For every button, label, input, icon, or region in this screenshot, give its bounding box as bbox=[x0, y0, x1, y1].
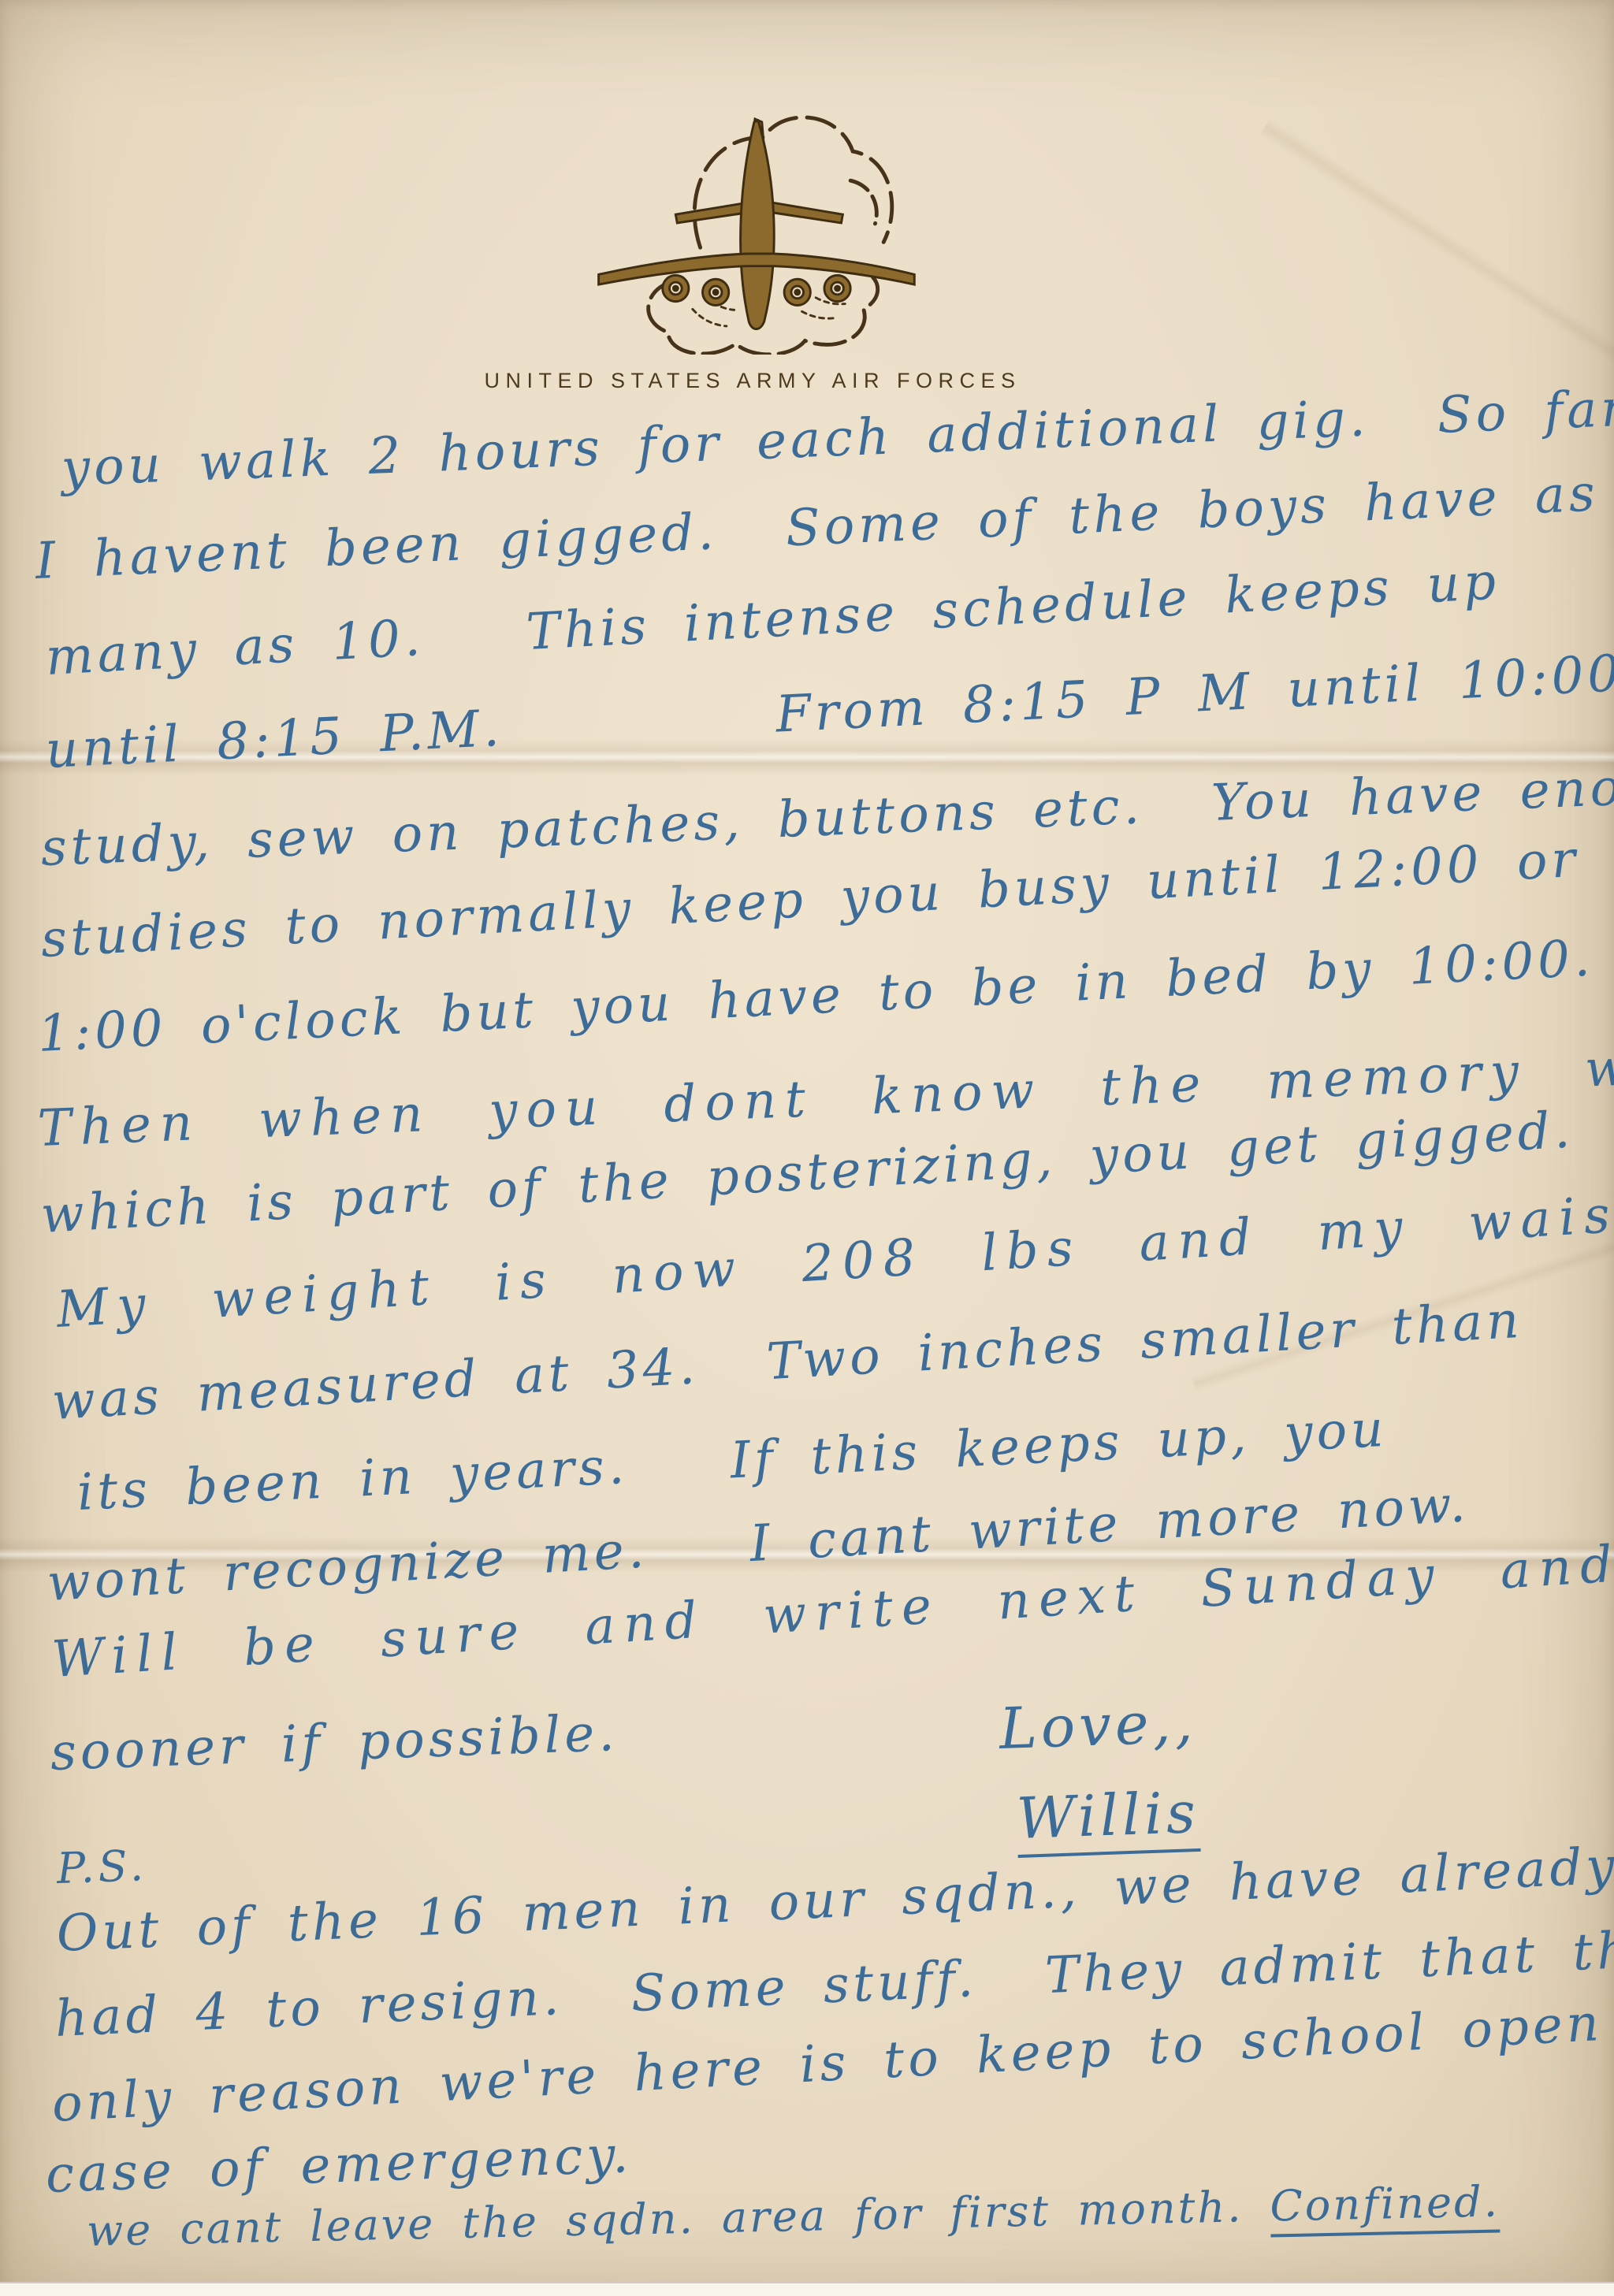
scanner-edge-strip bbox=[0, 2282, 1614, 2296]
postscript-label: P.S. bbox=[56, 1841, 148, 1893]
letterhead-organization: UNITED STATES ARMY AIR FORCES bbox=[0, 369, 1505, 393]
handwriting-line-15: sooner if possible. bbox=[50, 1704, 619, 1782]
letter-page: UNITED STATES ARMY AIR FORCES you walk 2… bbox=[0, 0, 1614, 2296]
postscript-underlined-word: Confined. bbox=[1270, 2176, 1501, 2237]
fuselage bbox=[741, 121, 775, 329]
diagonal-crease bbox=[1259, 118, 1614, 376]
bomber-airplane-icon bbox=[599, 119, 915, 329]
signature: Willis bbox=[1016, 1779, 1201, 1852]
usaaf-emblem bbox=[585, 87, 924, 355]
postscript-line-4: case of emergency. bbox=[45, 2126, 634, 2205]
signature-name: Willis bbox=[1016, 1779, 1201, 1858]
valediction: Love,, bbox=[999, 1689, 1198, 1762]
